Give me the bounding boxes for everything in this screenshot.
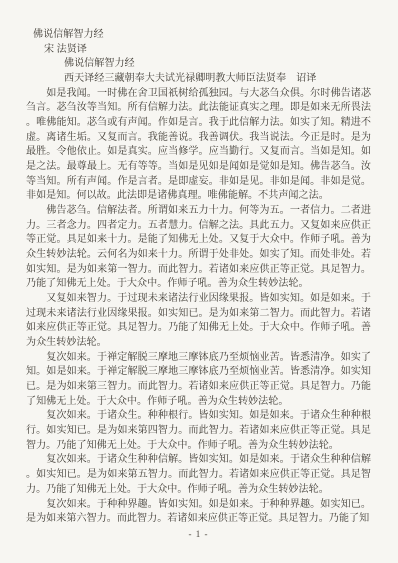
paragraph-1: 如是我闻。一时佛在舍卫国祇树给孤独园。与大苾刍众俱。尔时佛告诸苾刍言。苾刍汝等当… [26,87,371,204]
paragraph-3: 又复如来智力。于过现未来诸法行业因缘果报。皆如实知。如是如来。于过现未来诸法行业… [26,292,371,351]
document-page: 佛说信解智力经 宋 法贤译 佛说信解智力经 西天译经三藏朝奉大夫试光禄卿明教大师… [0,0,398,563]
page-number: - 1 - [26,527,371,542]
translator-line: 宋 法贤译 [44,43,371,58]
translator-attribution: 西天译经三藏朝奉大夫试光禄卿明教大师臣法贤奉 诏译 [64,72,371,87]
paragraph-6: 复次如来。于诸众生种种信解。皆如实知。如是如来。于诸众生种种信解。如实知已。是为… [26,453,371,497]
paragraph-4: 复次如来。于禅定解脱三摩地三摩钵底乃至烦恼业苦。皆悉清净。如实了知。如是如来。于… [26,351,371,410]
paragraph-2: 佛告苾刍。信解法者。所谓如来五力十力。何等为五。一者信力。二者进力。三者念力。四… [26,204,371,292]
inner-sutra-title: 佛说信解智力经 [64,57,371,72]
paragraph-7: 复次如来。于种种界趣。皆如实知。如是如来。于种种界趣。如实知已。是为如来第六智力… [26,498,371,527]
page-content: 佛说信解智力经 宋 法贤译 佛说信解智力经 西天译经三藏朝奉大夫试光禄卿明教大师… [0,0,371,542]
paragraph-5: 复次如来。于诸众生。种种根行。皆如实知。如是如来。于诸众生种种根行。如实知已。是… [26,409,371,453]
sutra-title: 佛说信解智力经 [33,28,371,43]
